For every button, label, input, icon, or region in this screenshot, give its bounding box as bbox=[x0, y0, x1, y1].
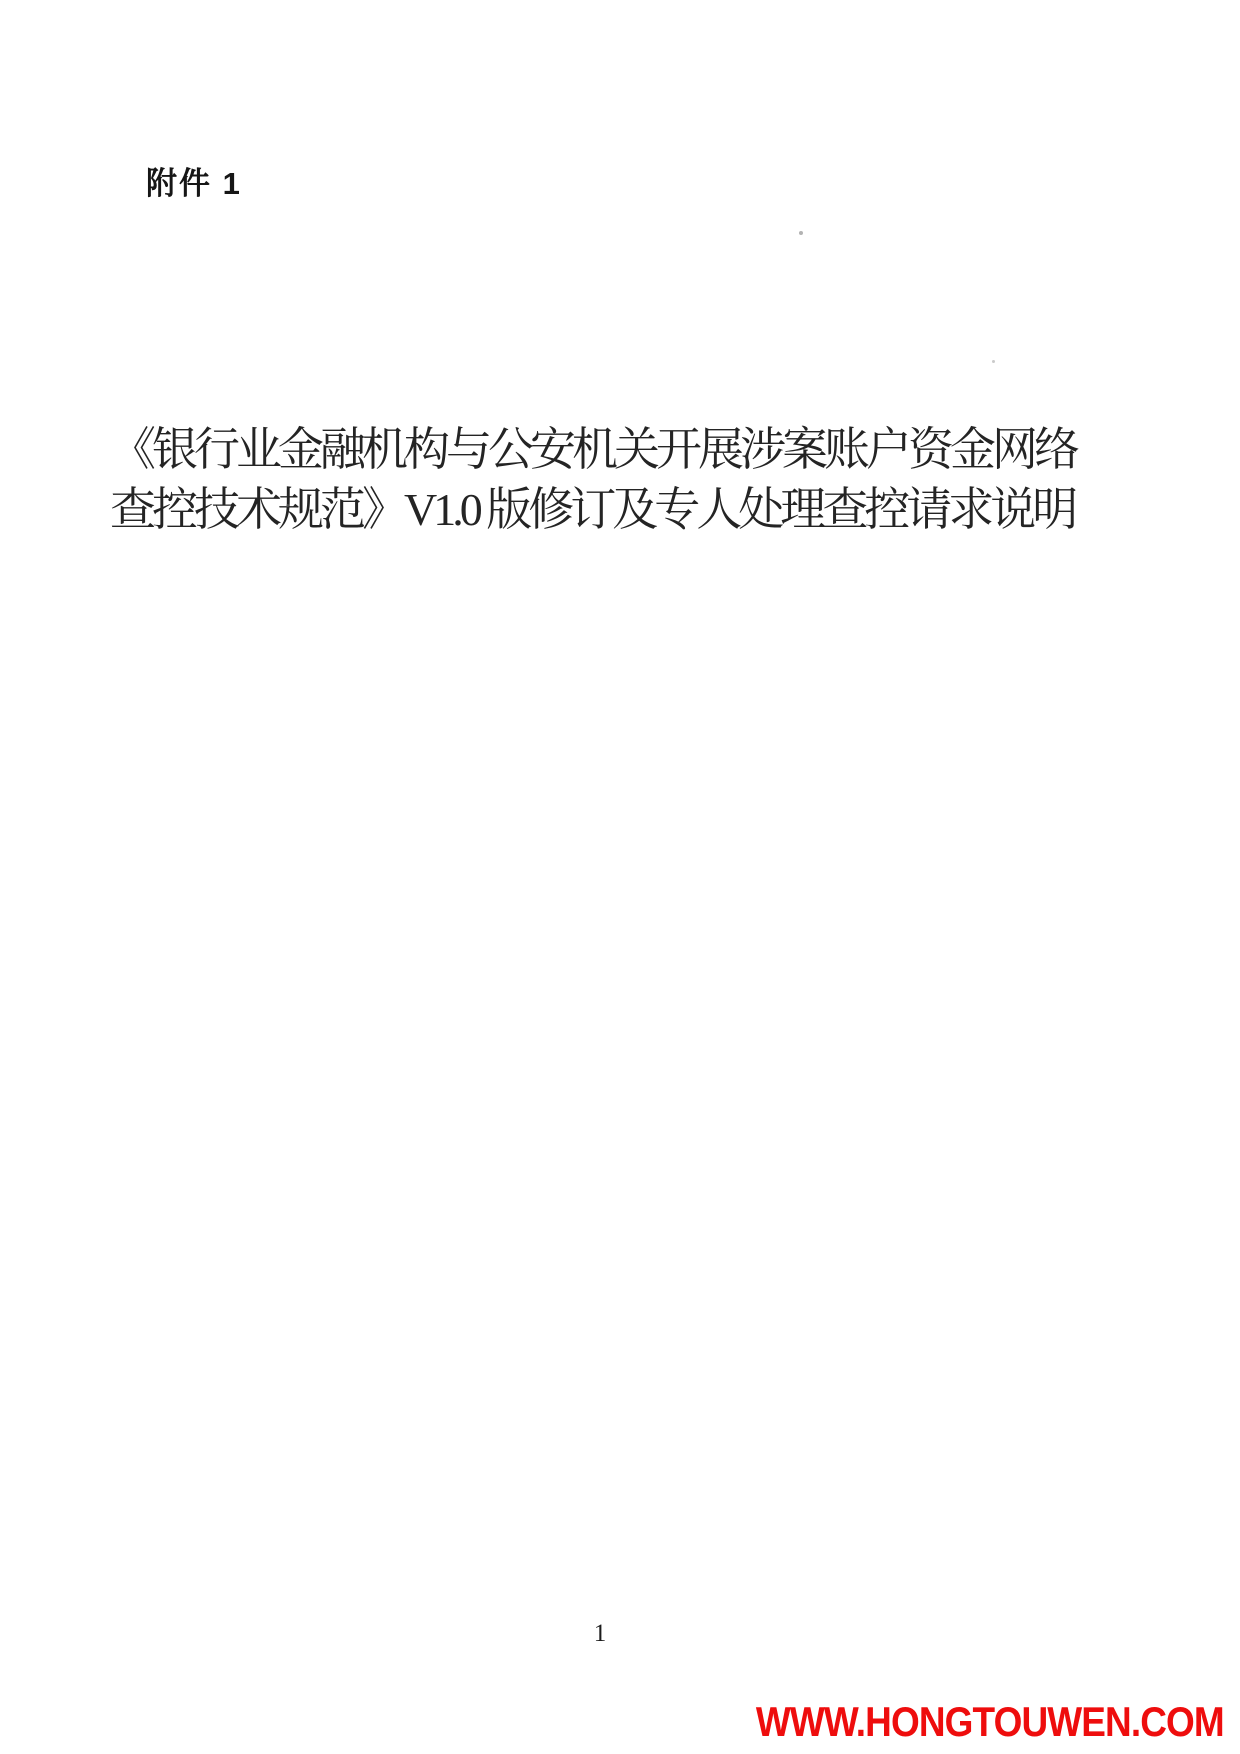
scan-speck bbox=[992, 360, 995, 363]
scan-speck bbox=[286, 504, 289, 507]
scanned-document-page: 附件 1 《银行业金融机构与公安机关开展涉案账户资金网络 查控技术规范》V1.0… bbox=[0, 0, 1240, 1754]
page-number: 1 bbox=[560, 1620, 640, 1648]
watermark-site-link: WWW.HONGTOUWEN.COM bbox=[756, 1698, 1224, 1746]
attachment-label: 附件 1 bbox=[146, 158, 242, 203]
title-line-1: 《银行业金融机构与公安机关开展涉案账户资金网络 bbox=[110, 420, 1050, 480]
title-line-2: 查控技术规范》V1.0 版修订及专人处理查控请求说明 bbox=[110, 480, 1050, 540]
scan-speck bbox=[799, 231, 803, 235]
document-title: 《银行业金融机构与公安机关开展涉案账户资金网络 查控技术规范》V1.0 版修订及… bbox=[110, 420, 1050, 540]
